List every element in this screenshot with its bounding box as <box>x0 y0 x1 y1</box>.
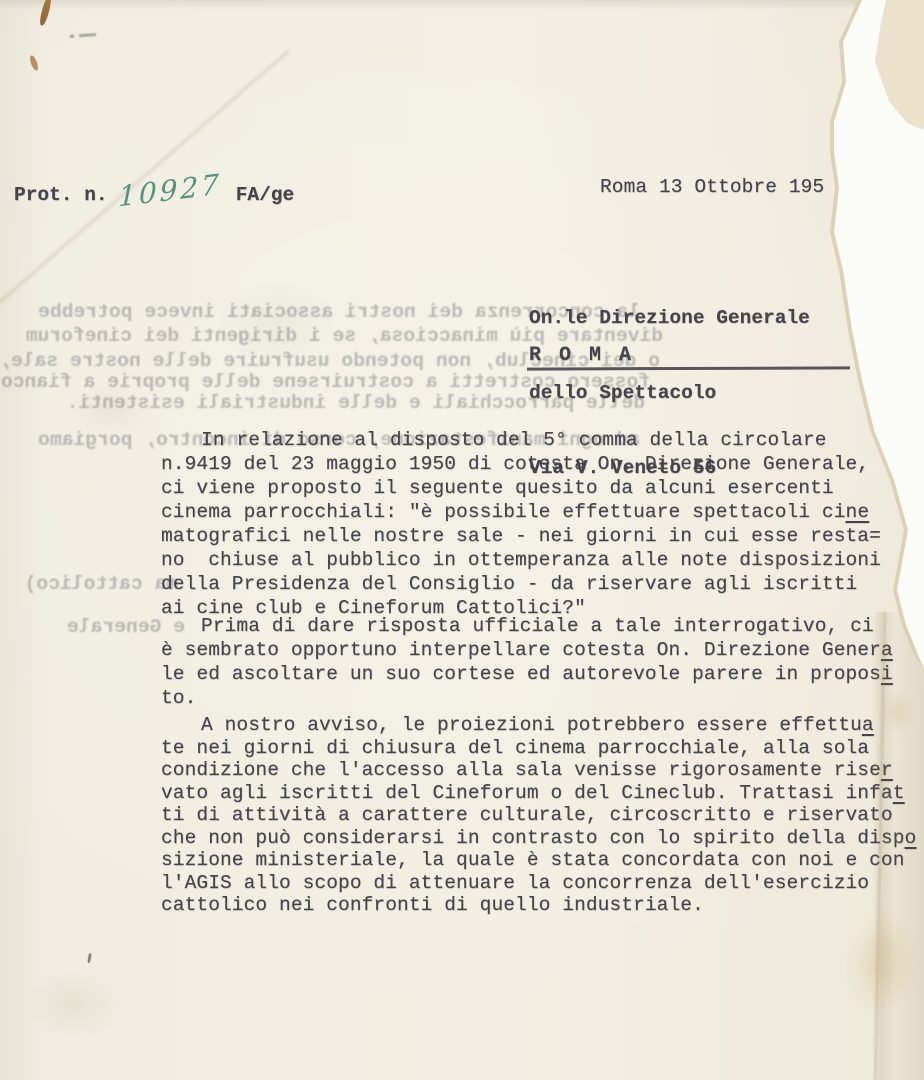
addressee-city: R O M A <box>529 344 634 367</box>
typed-line: A nostro avviso, le proiezioni potrebber… <box>161 714 924 737</box>
hyphenation-underline: ne <box>846 501 870 523</box>
typed-line: ci viene proposto il seguente quesito da… <box>161 476 924 500</box>
addressee-line: dello Spettacolo <box>529 381 810 406</box>
date-line: Roma 13 Ottobre 195 <box>600 176 824 198</box>
typed-line: le ed ascoltare un suo cortese ed autore… <box>161 662 924 686</box>
typed-line: n.9419 del 23 maggio 1950 di cotesta On.… <box>161 452 924 476</box>
letter-content: Prot. n.10927FA/ge Roma 13 Ottobre 195 O… <box>0 0 924 1080</box>
typed-line: vato agli iscritti del Cineforum o del C… <box>161 782 924 805</box>
typed-line: Prima di dare risposta ufficiale a tale … <box>161 614 924 638</box>
protocol-line: Prot. n.10927FA/ge <box>14 174 294 207</box>
addressee-line: On.le Direzione Generale <box>529 306 810 331</box>
paper-stain <box>845 920 915 1015</box>
typed-line: della Presidenza del Consiglio - da rise… <box>161 572 924 596</box>
protocol-number-handwritten: 10927 <box>118 167 222 213</box>
typed-line: l'AGIS allo scopo di attenuare la concor… <box>161 872 924 895</box>
typed-line: matografici nelle nostre sale - nei gior… <box>161 524 924 548</box>
typed-line: cinema parrocchiali: "è possibile effett… <box>161 500 924 524</box>
paragraph-3: A nostro avviso, le proiezioni potrebber… <box>161 714 924 917</box>
typed-line: no chiuse al pubblico in ottemperanza al… <box>161 548 924 572</box>
typed-line: te nei giorni di chiusura del cinema par… <box>161 737 924 760</box>
typed-line: cattolico nei confronti di quello indust… <box>161 894 924 917</box>
paragraph-2: Prima di dare risposta ufficiale a tale … <box>161 614 924 710</box>
protocol-label: Prot. n. <box>14 184 108 206</box>
scanned-letter-page: la concorrenza dei nostri associati inve… <box>0 0 924 1080</box>
typed-line: che non può considerarsi in contrasto co… <box>161 827 924 850</box>
paper-stain <box>882 690 916 734</box>
typed-line: condizione che l'accesso alla sala venis… <box>161 759 924 782</box>
typed-line: to. <box>161 686 924 710</box>
typed-line: ti di attività a carattere culturale, ci… <box>161 804 924 827</box>
typed-line: In relazione al disposto del 5° comma de… <box>161 428 924 452</box>
typed-line: è sembrato opportuno interpellare cotest… <box>161 638 924 662</box>
typed-line: sizione ministeriale, la quale è stata c… <box>161 849 924 872</box>
protocol-initials: FA/ge <box>236 184 295 206</box>
paragraph-1: In relazione al disposto del 5° comma de… <box>161 428 924 620</box>
